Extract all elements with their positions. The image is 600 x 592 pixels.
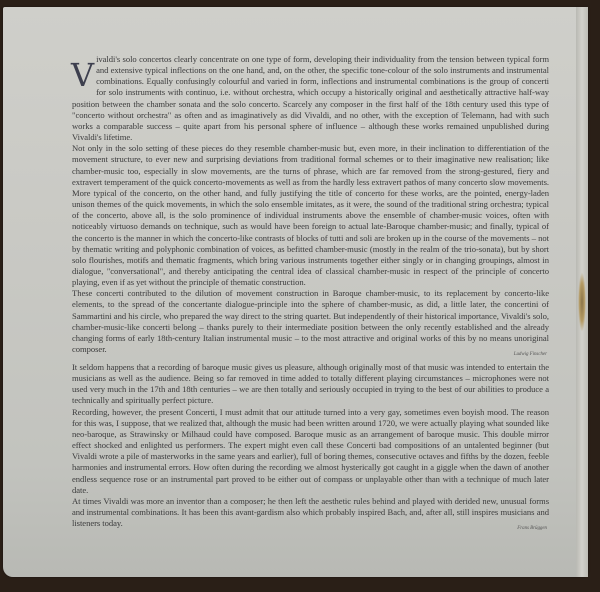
spine-wear-mark	[578, 272, 586, 332]
paragraph-chamber-music: Not only in the solo setting of these pi…	[72, 143, 549, 288]
paragraph-recording-mood: Recording, however, the present Concerti…	[72, 407, 549, 496]
liner-notes-section-finscher: Vivaldi's solo concertos clearly concent…	[72, 42, 549, 358]
signature-bruggen: Frans Brüggen	[72, 526, 549, 532]
signature-finscher: Ludwig Finscher	[72, 352, 549, 358]
paragraph-text: ivaldi's solo concertos clearly concentr…	[72, 54, 549, 142]
paragraph-intro: Vivaldi's solo concertos clearly concent…	[72, 42, 549, 143]
drop-cap: V	[71, 62, 94, 88]
paragraph-recording-pleasure: It seldom happens that a recording of ba…	[72, 362, 549, 407]
liner-notes-section-bruggen: It seldom happens that a recording of ba…	[72, 362, 549, 532]
paragraph-historical-importance: These concerti contributed to the diluti…	[72, 288, 549, 355]
paragraph-vivaldi-inventor: At times Vivaldi was more an inventor th…	[72, 496, 549, 529]
